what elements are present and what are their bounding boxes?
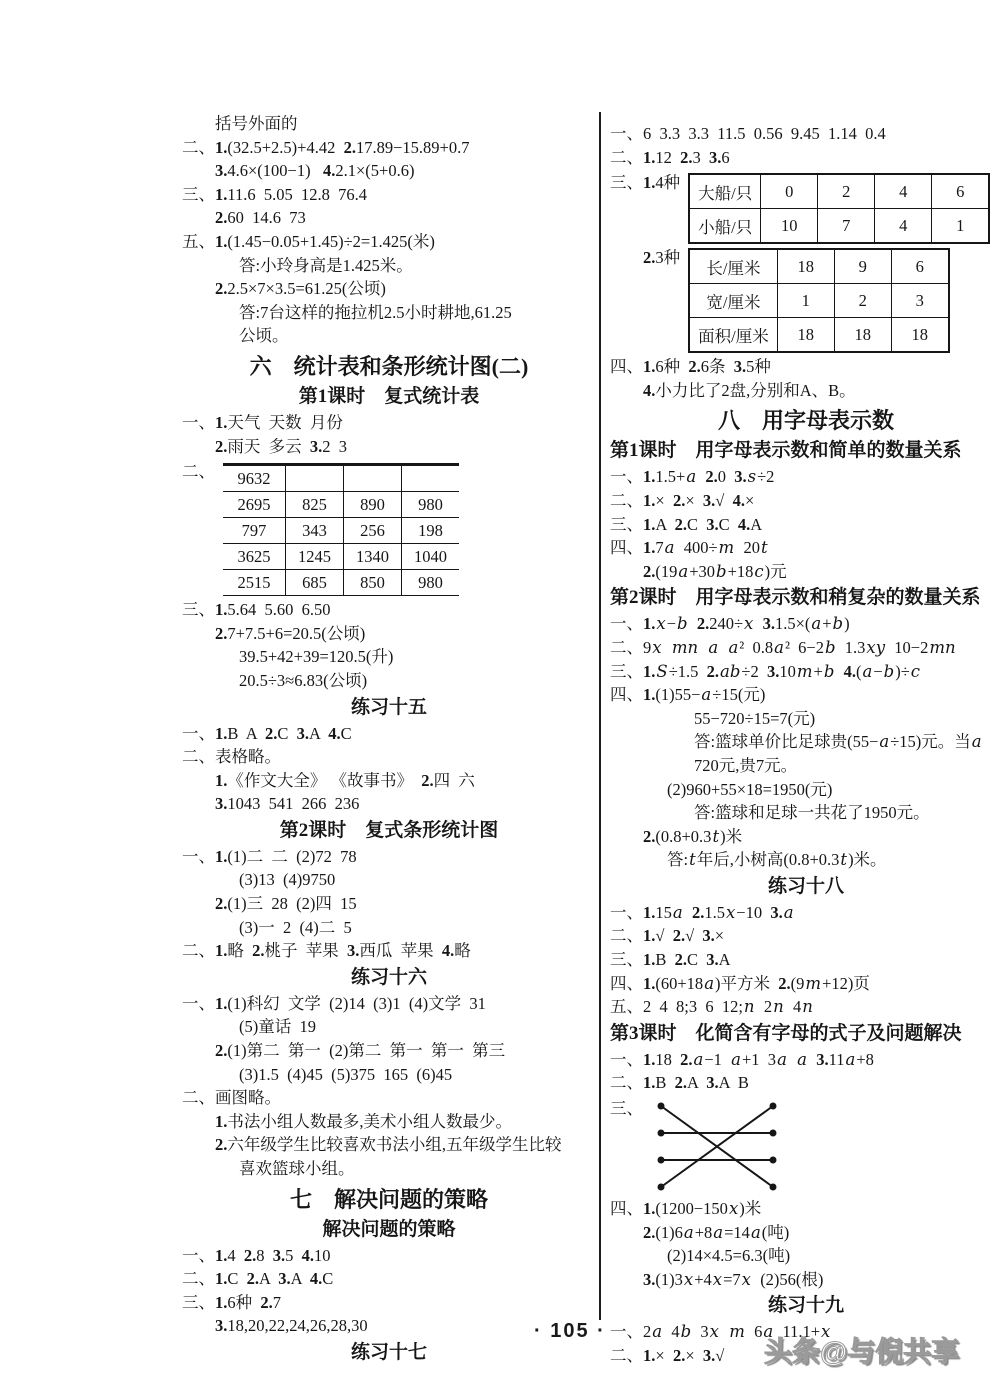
answer-text: (0.8+0.3t)米	[655, 827, 742, 846]
variable: a	[651, 1322, 663, 1341]
answer-line: 二、1.× 2.× 3.√ 4.×	[610, 489, 1000, 513]
answer-line: 2.六年级学生比较喜欢书法小组,五年级学生比较	[182, 1133, 596, 1157]
answer-book-page: 括号外面的二、1.(32.5+2.5)+4.42 2.17.89−15.89+0…	[0, 0, 1000, 1387]
item-number: 3.	[215, 794, 227, 813]
answer-line: 答:t年后,小树高(0.8+0.3t)米。	[610, 848, 1000, 872]
answer-line: 三、1.5.64 5.60 6.50	[182, 598, 596, 622]
variable: x	[651, 638, 662, 657]
answer-text: A	[655, 515, 674, 534]
section-heading: 第1课时 复式统计表	[182, 383, 596, 410]
answer-text: 10	[314, 1246, 331, 1265]
answer-line: 四、1.(60+18a)平方米 2.(9m+12)页	[610, 972, 1000, 996]
answer-text: 2.5×7×3.5=61.25(公顷)	[227, 279, 386, 298]
answer-text: √	[715, 491, 732, 510]
answer-text: 20.5÷3≈6.83(公顷)	[239, 671, 367, 690]
section-heading: 第1课时 用字母表示数和简单的数量关系	[610, 437, 1000, 464]
answer-line: 三、1.A 2.C 3.C 4.A	[610, 513, 1000, 537]
table-row: 宽/厘米123	[689, 284, 949, 318]
dot	[770, 1157, 777, 1164]
answer-text: (1)第二 第一 (2)第二 第一 第一 第三	[227, 1041, 505, 1060]
answer-text: 一、	[182, 994, 215, 1013]
answer-line: 一、1.18 2.a−1 a+1 3a a 3.11a+8	[610, 1048, 1000, 1072]
table-cell: 1340	[344, 544, 402, 570]
item-number: 2.	[643, 562, 655, 581]
item-number: 3.	[703, 1346, 715, 1365]
answer-text: (3)一 2 (4)二 5	[239, 918, 352, 937]
table-cell: 2515	[223, 570, 286, 596]
answer-text: 7a 400÷m 20t	[655, 538, 768, 557]
answer-line: 一、1.天气 天数 月份	[182, 411, 596, 435]
variable: a	[845, 1050, 857, 1069]
answer-text: a	[783, 903, 795, 922]
table-cell: 18	[777, 318, 834, 353]
section-heading: 练习十七	[182, 1339, 596, 1366]
item-number: 3.	[816, 1050, 828, 1069]
answer-text: 39.5+42+39=120.5(升)	[239, 647, 393, 666]
answer-text: 6条	[701, 357, 734, 376]
answer-text: 一、	[182, 724, 215, 743]
variable: x	[728, 1199, 739, 1218]
answer-text: √	[655, 926, 672, 945]
answer-line: 答:篮球单价比足球贵(55−a÷15)元。当a	[610, 730, 1000, 754]
variable: a	[707, 638, 719, 657]
answer-text: 4.6×(100−1)	[227, 161, 323, 180]
table-cell: 825	[286, 492, 344, 518]
variable: a	[677, 562, 689, 581]
item-number: 1.	[643, 1346, 655, 1365]
answer-line: 2.(19a+30b+18c)元	[610, 560, 1000, 584]
answer-text: 答:小玲身高是1.425米。	[239, 256, 413, 275]
item-number: 2.	[778, 974, 790, 993]
answer-line: 三、1.4种	[610, 171, 680, 195]
table-cell: 1245	[286, 544, 344, 570]
answer-line: 一、1.1.5+a 2.0 3.s÷2	[610, 465, 1000, 489]
answer-text: ab÷2	[719, 662, 767, 681]
table-cell: 980	[402, 570, 460, 596]
table-row: 9632	[223, 465, 459, 492]
item-number: 3.	[273, 1246, 285, 1265]
answer-text: 0	[718, 467, 735, 486]
item-number: 2.	[675, 1073, 687, 1092]
variable: c	[753, 562, 764, 581]
watermark: 头条@与倪共享	[764, 1330, 959, 1370]
answer-text: 5	[285, 1246, 302, 1265]
section-heading: 练习十九	[610, 1292, 1000, 1319]
item-number: 3.	[734, 357, 746, 376]
answer-text: 6种	[655, 357, 688, 376]
answer-text: (2)14×4.5=6.3(吨)	[667, 1246, 790, 1265]
answer-line: 二、表格略。	[182, 745, 596, 769]
answer-text: 二、	[182, 462, 215, 481]
variable: a	[971, 732, 983, 751]
item-number: 2.	[680, 148, 692, 167]
table-cell: 小船/只	[689, 209, 761, 244]
item-number: 1.	[643, 614, 655, 633]
answer-text: 60 14.6 73	[227, 208, 305, 227]
answer-text: 8	[256, 1246, 273, 1265]
variable: b	[680, 1322, 693, 1341]
table-cell: 1	[932, 209, 990, 244]
answer-text: 二、画图略。	[182, 1088, 281, 1107]
answer-line: 2.2.5×7×3.5=61.25(公顷)	[182, 277, 596, 301]
answer-line: 一、1.B A 2.C 3.A 4.C	[182, 722, 596, 746]
item-number: 1.	[215, 185, 227, 204]
answer-text: A	[750, 515, 762, 534]
answer-line: 答:篮球和足球一共花了1950元。	[610, 801, 1000, 825]
answer-text: 《作文大全》 《故事书》	[227, 771, 421, 790]
answer-line: 括号外面的	[182, 112, 596, 136]
answer-text: C	[687, 950, 706, 969]
answer-text: (9m+12)页	[791, 974, 870, 993]
item-number: 1.	[643, 1050, 655, 1069]
answer-text: 四 六	[434, 771, 475, 790]
answer-text: 二、	[610, 1073, 643, 1092]
answer-text: 三、	[610, 950, 643, 969]
item-number: 1.	[215, 771, 227, 790]
answer-text: 3	[693, 148, 710, 167]
answer-line: 二、1.√ 2.√ 3.×	[610, 924, 1000, 948]
answer-line: (2)960+55×18=1950(元)	[610, 778, 1000, 802]
answer-text: 三、	[610, 662, 643, 681]
item-number: 2.	[643, 248, 655, 267]
answer-text: a−1 a+1 3a a	[693, 1050, 817, 1069]
answer-line: 一、1.(1)科幻 文学 (2)14 (3)1 (4)文学 31	[182, 992, 596, 1016]
item-number: 1.	[643, 148, 655, 167]
dot	[658, 1184, 665, 1191]
answer-text: 11a+8	[829, 1050, 874, 1069]
answer-text: s÷2	[747, 467, 775, 486]
answer-text: A	[291, 1269, 310, 1288]
item-number: 2.	[265, 724, 277, 743]
item-number: 3.	[643, 1270, 655, 1289]
item-number: 1.	[643, 1073, 655, 1092]
item-number: 4.	[733, 491, 745, 510]
answer-text: 喜欢篮球小组。	[239, 1159, 355, 1178]
answer-line: 一、1.4 2.8 3.5 4.10	[182, 1244, 596, 1268]
variable: x	[741, 1270, 752, 1289]
variable: b	[676, 614, 689, 633]
table-cell: 长/厘米	[689, 249, 777, 284]
variable: a	[685, 467, 697, 486]
answer-line: 2.(1)第二 第一 (2)第二 第一 第一 第三	[182, 1039, 596, 1063]
column-divider	[599, 112, 601, 1320]
item-number: 2.	[247, 1269, 259, 1288]
answer-text: ×	[655, 1346, 673, 1365]
answer-text: 15a	[655, 903, 692, 922]
answer-text: 6种	[227, 1293, 260, 1312]
variable: n	[743, 997, 756, 1016]
table-row: 面积/厘米181818	[689, 318, 949, 353]
item-number: 2.	[707, 662, 719, 681]
answer-text: 一、	[182, 413, 215, 432]
table-cell: 宽/厘米	[689, 284, 777, 318]
answer-text: 二、9x mn a a² 0.8a² 6−2b 1.3xy 10−2mn	[610, 638, 957, 657]
table-cell: 6	[932, 174, 990, 209]
item-number: 2.	[673, 926, 685, 945]
table-row: 3625124513401040	[223, 544, 459, 570]
answer-text: ×	[685, 1346, 703, 1365]
item-number: 2.	[643, 1223, 655, 1242]
item-number: 1.	[215, 941, 227, 960]
table-cell: 9632	[223, 465, 286, 492]
answer-text: 西瓜 苹果	[359, 941, 442, 960]
answer-text: 4	[227, 1246, 244, 1265]
answer-text: ×	[715, 926, 724, 945]
variable: s	[747, 467, 757, 486]
answer-text: 三、	[610, 173, 643, 192]
answer-text: A	[719, 950, 731, 969]
variable: ab	[719, 662, 741, 681]
item-number: 4.	[844, 662, 856, 681]
answer-line: (3)一 2 (4)二 5	[182, 916, 596, 940]
item-number: 4.	[738, 515, 750, 534]
item-number: 1.	[643, 467, 655, 486]
item-number: 1.	[215, 600, 227, 619]
item-number: 3.	[709, 148, 721, 167]
item-number: 1.	[643, 950, 655, 969]
answer-line: 2.3种	[643, 246, 680, 270]
answer-text: ×	[685, 491, 703, 510]
answer-text: 二、	[182, 941, 215, 960]
table-cell: 9	[834, 249, 891, 284]
variable: b	[715, 562, 728, 581]
answer-text: 一、	[610, 614, 643, 633]
variable: x	[743, 614, 754, 633]
item-number: 3.	[297, 724, 309, 743]
answer-text: 天气 天数 月份	[227, 413, 343, 432]
table-row: 797343256198	[223, 518, 459, 544]
answer-text: 2 3	[322, 437, 347, 456]
answer-line: 3.4.6×(100−1) 4.2.1×(5+0.6)	[182, 159, 596, 183]
answer-line: 三、1.6种 2.7	[182, 1291, 596, 1315]
answer-line: 一、1.x−b 2.240÷x 3.1.5×(a+b)	[610, 612, 1000, 636]
answer-text: 5.64 5.60 6.50	[227, 600, 330, 619]
answer-line: 三、1.B 2.C 3.A	[610, 948, 1000, 972]
answer-text: (3)13 (4)9750	[239, 870, 335, 889]
item-number: 3.	[347, 941, 359, 960]
answer-text: A	[309, 724, 328, 743]
answer-line: 720元,贵7元。	[610, 754, 1000, 778]
table-cell: 18	[891, 318, 949, 353]
item-number: 2.	[692, 903, 704, 922]
answer-text: (1)55−a÷15(元)	[655, 685, 765, 704]
answer-line: 四、1.7a 400÷m 20t	[610, 536, 1000, 560]
item-number: 2.	[705, 467, 717, 486]
item-number: 1.	[215, 413, 227, 432]
answer-text: 四、	[610, 538, 643, 557]
variable: a	[810, 614, 822, 633]
answer-text: 公顷。	[239, 326, 289, 345]
answer-text: C	[719, 515, 738, 534]
answer-text: 12	[655, 148, 680, 167]
section-heading: 练习十八	[610, 873, 1000, 900]
answer-text: C	[687, 515, 706, 534]
item-number: 4.	[323, 161, 335, 180]
answer-line: 2.(0.8+0.3t)米	[610, 825, 1000, 849]
dot	[770, 1184, 777, 1191]
table-cell: 0	[761, 174, 818, 209]
variable: a	[727, 638, 739, 657]
answer-text: 6	[721, 148, 729, 167]
answer-text: A B	[719, 1073, 749, 1092]
answer-text: 11.6 5.05 12.8 76.4	[227, 185, 367, 204]
item-number: 1.	[215, 994, 227, 1013]
item-number: 2.	[688, 357, 700, 376]
variable: a	[664, 538, 676, 557]
answer-text: ×	[745, 491, 754, 510]
item-number: 2.	[673, 1346, 685, 1365]
answer-text: 18,20,22,24,26,28,30	[227, 1316, 367, 1335]
answer-text: 三、	[182, 185, 215, 204]
item-number: 1.	[643, 357, 655, 376]
item-number: 2.	[215, 1135, 227, 1154]
item-number: 2.	[215, 894, 227, 913]
answer-text: 二、	[182, 1269, 215, 1288]
variable: a	[796, 1050, 808, 1069]
table-cell: 1	[777, 284, 834, 318]
answer-line: 四、1.(1)55−a÷15(元)	[610, 683, 1000, 707]
item-number: 4.	[328, 724, 340, 743]
item-number: 4.	[310, 1269, 322, 1288]
item-number: 3.	[734, 467, 746, 486]
variable: b	[823, 662, 836, 681]
item-number: 3.	[215, 161, 227, 180]
item-number: 2.	[215, 1041, 227, 1060]
item-number: 3.	[278, 1269, 290, 1288]
table-cell: 18	[777, 249, 834, 284]
matching-diagram-row: 三、	[610, 1097, 1000, 1195]
answer-line: 1.《作文大全》 《故事书》 2.四 六	[182, 769, 596, 793]
answer-text: 四、	[610, 1199, 643, 1218]
item-number: 3.	[310, 437, 322, 456]
right-column: 一、6 3.3 3.3 11.5 0.56 9.45 1.14 0.4二、1.1…	[610, 122, 1000, 1368]
item-number: 3.	[703, 491, 715, 510]
variable: m	[796, 662, 814, 681]
item-number: 4.	[643, 381, 655, 400]
item-number: 2.	[421, 771, 433, 790]
answer-text: 四、	[610, 685, 643, 704]
item-number: 2.	[215, 279, 227, 298]
variable: n	[772, 997, 785, 1016]
answer-line: 一、1.(1)二 二 (2)72 78	[182, 845, 596, 869]
variable: a	[700, 685, 712, 704]
item-number: 3.	[767, 662, 779, 681]
answer-text: (1)3x+4x=7x (2)56(根)	[655, 1270, 823, 1289]
variable: t	[711, 827, 720, 846]
item-number: 4.	[302, 1246, 314, 1265]
variable: n	[801, 997, 814, 1016]
answer-line: 三、1.S÷1.5 2.ab÷2 3.10m+b 4.(a−b)÷c	[610, 660, 1000, 684]
item-number: 1.	[215, 847, 227, 866]
section-heading: 第3课时 化简含有字母的式子及问题解决	[610, 1020, 1000, 1047]
answer-text: 答:7台这样的拖拉机2.5小时耕地,61.25	[239, 303, 512, 322]
answer-text: 1.5×(a+b)	[775, 614, 850, 633]
answer-line: 二、画图略。	[182, 1086, 596, 1110]
answer-text: (1)科幻 文学 (2)14 (3)1 (4)文学 31	[227, 994, 485, 1013]
item-number: 2.	[344, 138, 356, 157]
table-cell: 685	[286, 570, 344, 596]
item-number: 3.	[702, 926, 714, 945]
answer-text: 3种	[655, 248, 680, 267]
answer-line: 55−720÷15=7(元)	[610, 707, 1000, 731]
table-cell: 7	[818, 209, 875, 244]
chapter-heading: 七 解决问题的策略	[182, 1184, 596, 1215]
item-number: 1.	[215, 232, 227, 251]
variable: a	[862, 662, 874, 681]
variable: a	[693, 1050, 705, 1069]
table-cell: 大船/只	[689, 174, 761, 209]
answer-line: 3.(1)3x+4x=7x (2)56(根)	[610, 1268, 1000, 1292]
answer-text: 小力比了2盘,分别和A、B。	[655, 381, 855, 400]
answer-text: 1.5x−10	[704, 903, 770, 922]
item-number: 2.	[260, 1293, 272, 1312]
table-cell: 343	[286, 518, 344, 544]
answer-text: 18	[655, 1050, 680, 1069]
answer-line: 公顷。	[182, 324, 596, 348]
answer-text: 三、	[182, 1293, 215, 1312]
item-number: 1.	[643, 173, 655, 192]
answer-line: 三、1.11.6 5.05 12.8 76.4	[182, 183, 596, 207]
table-cell: 3	[891, 284, 949, 318]
dot	[770, 1130, 777, 1137]
answer-line: 一、1.15a 2.1.5x−10 3.a	[610, 901, 1000, 925]
item-number: 1.	[215, 1269, 227, 1288]
answer-text: 二、	[610, 148, 643, 167]
table-cell: 2	[818, 174, 875, 209]
answer-line: 二、1.B 2.A 3.A B	[610, 1071, 1000, 1095]
item-number: 1.	[643, 974, 655, 993]
answer-text: √	[715, 1346, 724, 1365]
table-cell: 850	[344, 570, 402, 596]
answer-text: 略	[227, 941, 252, 960]
answer-line: (2)14×4.5=6.3(吨)	[610, 1244, 1000, 1268]
item-number: 2.	[697, 614, 709, 633]
answer-text: 7+7.5+6=20.5(公顷)	[227, 624, 365, 643]
table-cell: 4	[875, 174, 932, 209]
dot	[658, 1103, 665, 1110]
answer-text: 7	[273, 1293, 281, 1312]
variable: t	[688, 850, 697, 869]
answer-text: 五、	[182, 232, 215, 251]
answer-text: 1.5+a	[655, 467, 705, 486]
answer-text: (1)三 28 (2)四 15	[227, 894, 356, 913]
variable: mn	[928, 638, 956, 657]
dot	[658, 1130, 665, 1137]
variable: m	[804, 974, 822, 993]
table-cell	[286, 465, 344, 492]
answer-line: 一、6 3.3 3.3 11.5 0.56 9.45 1.14 0.4	[610, 122, 1000, 146]
table-cell: 3625	[223, 544, 286, 570]
variable: x	[709, 1322, 720, 1341]
answer-line: 三、	[610, 1097, 643, 1121]
answer-line: 答:小玲身高是1.425米。	[182, 254, 596, 278]
answer-line: 二、1.(32.5+2.5)+4.42 2.17.89−15.89+0.7	[182, 136, 596, 160]
answer-text: 一、	[610, 1050, 643, 1069]
item-number: 3.	[770, 903, 782, 922]
item-number: 1.	[643, 926, 655, 945]
answer-line: 五、2 4 8;3 6 12;n 2n 4n	[610, 995, 1000, 1019]
chapter-heading: 八 用字母表示数	[610, 405, 1000, 436]
table-cell: 980	[402, 492, 460, 518]
variable: S	[655, 662, 668, 681]
table-cell: 1040	[402, 544, 460, 570]
variable: b	[832, 614, 845, 633]
variable: a	[712, 1223, 724, 1242]
answer-text: (32.5+2.5)+4.42	[227, 138, 343, 157]
answer-line: 四、1.6种 2.6条 3.5种	[610, 355, 1000, 379]
table-cell: 6	[891, 249, 949, 284]
answer-text: x−b	[655, 614, 696, 633]
